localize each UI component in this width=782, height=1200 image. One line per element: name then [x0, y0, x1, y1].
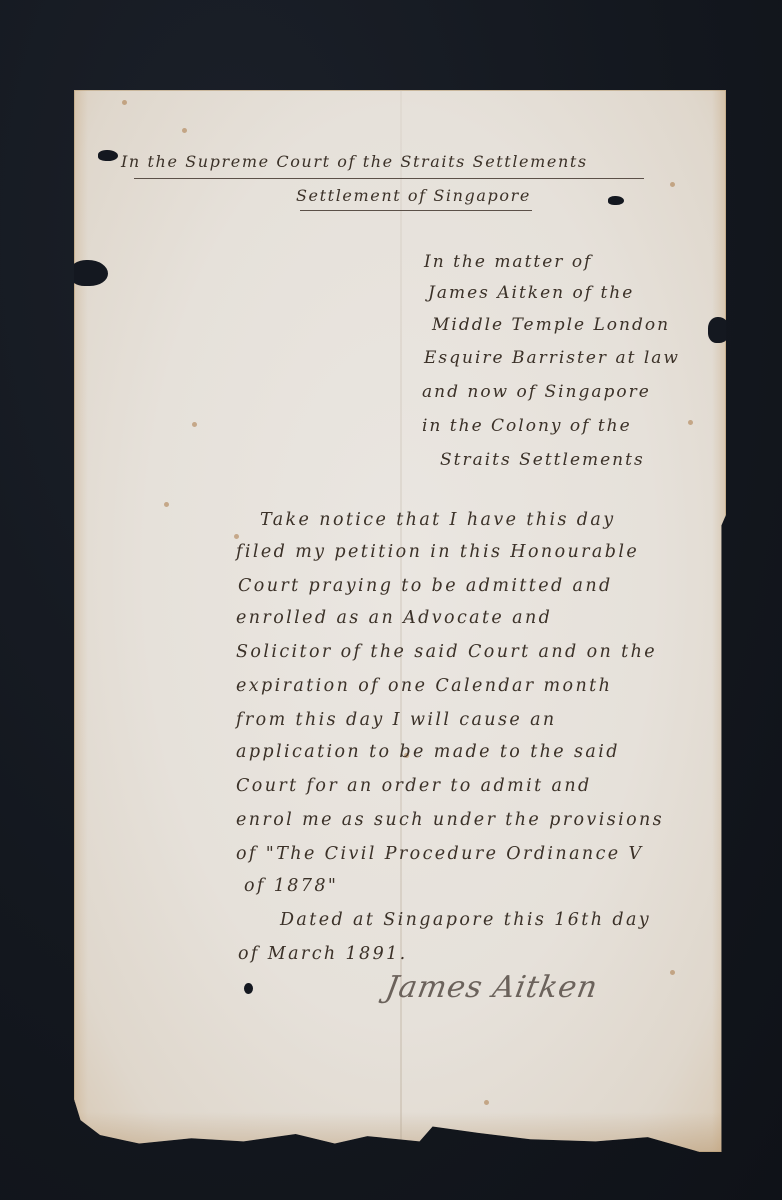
foxing-spot	[234, 534, 239, 539]
matter-line: in the Colony of the	[422, 416, 632, 436]
foxing-spot	[192, 422, 197, 427]
notice-line: from this day I will cause an	[236, 710, 557, 730]
matter-line: James Aitken of the	[428, 283, 634, 303]
matter-line: Middle Temple London	[432, 315, 670, 335]
notice-line: Court praying to be admitted and	[238, 576, 613, 596]
paper-hole	[244, 983, 253, 994]
dateline: Dated at Singapore this 16th day	[280, 910, 651, 930]
paper-hole	[608, 196, 624, 205]
foxing-spot	[670, 182, 675, 187]
foxing-spot	[670, 970, 675, 975]
foxing-spot	[164, 502, 169, 507]
notice-line: Court for an order to admit and	[236, 776, 592, 796]
document-page: In the Supreme Court of the Straits Sett…	[74, 90, 726, 1152]
dateline-month-year: of March 1891.	[238, 944, 408, 964]
settlement-underline	[300, 210, 532, 211]
foxing-spot	[484, 1100, 489, 1105]
matter-line: Straits Settlements	[440, 450, 645, 470]
notice-line: application to be made to the said	[236, 742, 620, 762]
notice-line: enrolled as an Advocate and	[236, 608, 552, 628]
notice-line: of 1878"	[244, 876, 338, 896]
foxing-spot	[122, 100, 127, 105]
signature: James Aitken	[383, 970, 601, 1005]
foxing-spot	[182, 128, 187, 133]
matter-line: Esquire Barrister at law	[424, 348, 680, 368]
notice-line: Solicitor of the said Court and on the	[236, 642, 657, 662]
paper-hole	[98, 150, 118, 161]
notice-line: Take notice that I have this day	[260, 510, 616, 530]
notice-line: enrol me as such under the provisions	[236, 810, 664, 830]
notice-line: filed my petition in this Honourable	[236, 542, 639, 562]
matter-line: In the matter of	[424, 252, 592, 272]
foxing-spot	[688, 420, 693, 425]
heading-underline	[134, 178, 644, 179]
notice-line: expiration of one Calendar month	[236, 676, 612, 696]
paper-hole	[70, 260, 108, 286]
court-heading: In the Supreme Court of the Straits Sett…	[121, 152, 588, 171]
settlement-heading: Settlement of Singapore	[296, 186, 531, 205]
notice-line: of "The Civil Procedure Ordinance V	[236, 844, 644, 864]
matter-line: and now of Singapore	[422, 382, 651, 402]
